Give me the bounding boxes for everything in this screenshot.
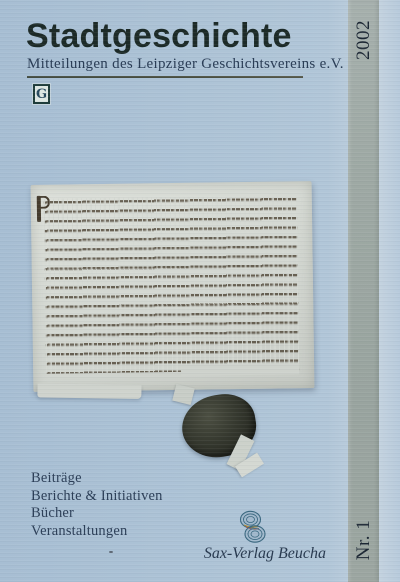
publisher-emblem-icon (237, 509, 269, 545)
parchment-document (31, 181, 315, 392)
contents-item-buecher: Bücher (31, 505, 163, 523)
publisher-name: Sax-Verlag Beucha (160, 545, 326, 563)
manuscript-script-lines (44, 195, 299, 374)
manuscript-initial-letter (37, 196, 41, 222)
contents-item-berichte: Berichte & Initiativen (31, 488, 163, 506)
parchment-fold (37, 383, 141, 398)
contents-item-beitraege: Beiträge (31, 470, 163, 488)
journal-cover: 2002 Nr. 1 Stadtgeschichte Mitteilungen … (0, 0, 400, 582)
seal-ribbon (172, 384, 195, 405)
contents-list: Beiträge Berichte & Initiativen Bücher V… (31, 470, 163, 540)
charter-photograph (0, 0, 400, 470)
dust-speck (109, 551, 113, 553)
issue-label: Nr. 1 (353, 500, 375, 580)
contents-item-veranstaltungen: Veranstaltungen (31, 523, 163, 541)
